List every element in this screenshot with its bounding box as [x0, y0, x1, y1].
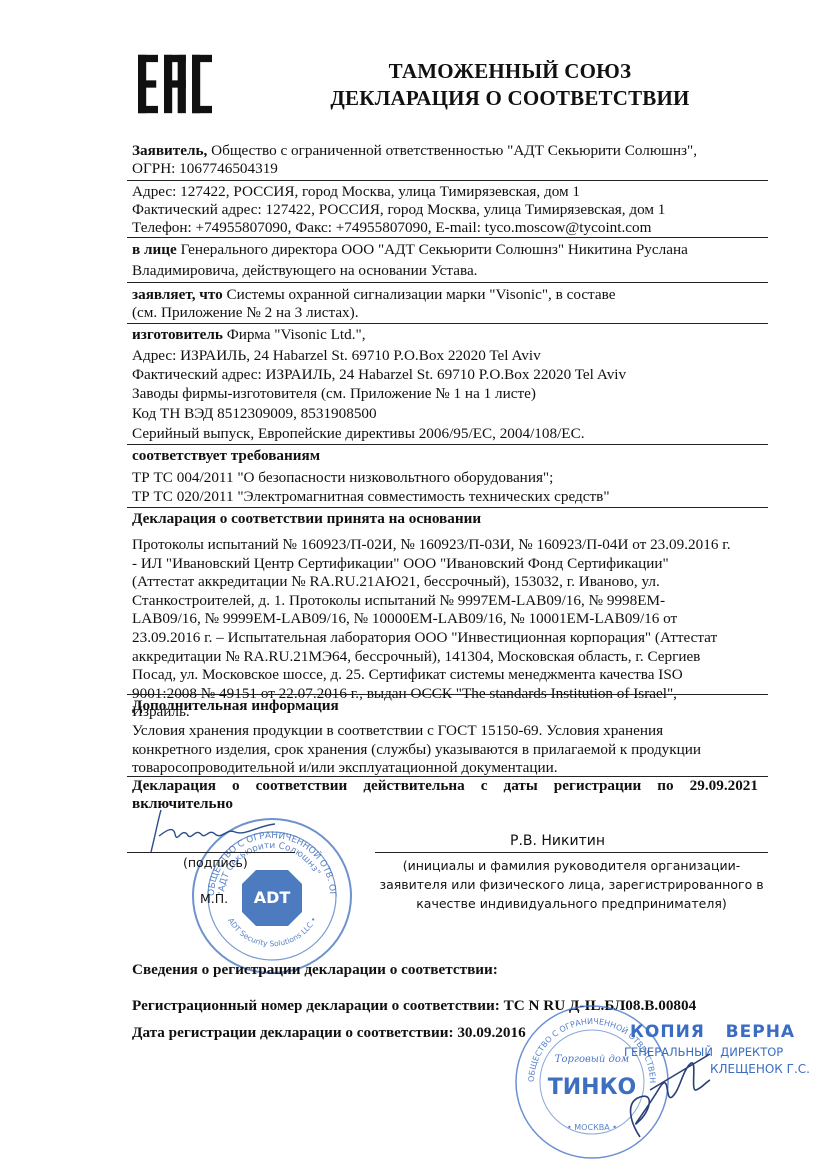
registration-number-label: Регистрационный номер декларации о соотв… [132, 997, 500, 1014]
eac-letter-c-icon [192, 52, 212, 116]
additional-text: Условия хранения продукции в соответстви… [132, 722, 762, 778]
validity-line-1: Декларация о соответствии действительна … [132, 777, 758, 796]
basis-line: LAB09/16, № 9999EM-LAB09/16, № 10000EM-L… [132, 610, 762, 629]
signer-caption-line: качестве индивидуального предпринимателя… [375, 894, 768, 913]
basis-line: Протоколы испытаний № 160923/П-02И, № 16… [132, 536, 762, 555]
applicant-address: Адрес: 127422, РОССИЯ, город Москва, ули… [132, 183, 580, 201]
copy-stamp-text: ДИРЕКТОР [720, 1045, 783, 1059]
document-title: ТАМОЖЕННЫЙ СОЮЗ ДЕКЛАРАЦИЯ О СООТВЕТСТВИ… [300, 58, 720, 112]
applicant-ogrn: ОГРН: 1067746504319 [132, 160, 278, 178]
signer-line [375, 852, 768, 853]
divider [127, 507, 768, 508]
manufacturer-address: Адрес: ИЗРАИЛЬ, 24 Habarzel St. 69710 P.… [132, 347, 541, 365]
manufacturer-name: Фирма "Visonic Ltd.", [223, 326, 366, 343]
applicant-actual-address: Фактический адрес: 127422, РОССИЯ, город… [132, 201, 665, 219]
declares-line-1: заявляет, что Системы охранной сигнализа… [132, 286, 615, 304]
signature-caption: (подпись) [183, 855, 248, 870]
additional-line: конкретного изделия, срок хранения (служ… [132, 741, 762, 760]
divider [127, 180, 768, 181]
signer-name: Р.В. Никитин [510, 833, 605, 849]
registration-date-label: Дата регистрации декларации о соответств… [132, 1024, 454, 1041]
declares-text: Системы охранной сигнализации марки "Vis… [223, 286, 616, 303]
eac-letter-e-icon [138, 52, 158, 116]
certifier-signature-icon [610, 1042, 720, 1152]
signature-line [127, 852, 295, 853]
basis-line: аккредитации № RA.RU.21МЭ64, бессрочный)… [132, 648, 762, 667]
copy-stamp-name: КЛЕЩЕНОК Г.С. [710, 1062, 810, 1076]
applicant-contacts: Телефон: +74955807090, Факс: +7495580709… [132, 219, 651, 237]
requirement-item: ТР ТС 004/2011 "О безопасности низковоль… [132, 469, 553, 487]
signer-caption-line: (инициалы и фамилия руководителя организ… [375, 856, 768, 875]
represented-line-2: Владимировича, действующего на основании… [132, 262, 477, 280]
manufacturer-actual-address: Фактический адрес: ИЗРАИЛЬ, 24 Habarzel … [132, 366, 626, 384]
divider [127, 237, 768, 238]
additional-line: товаросопроводительной и/или эксплуатаци… [132, 759, 762, 778]
additional-label: Дополнительная информация [132, 697, 339, 715]
copy-verified-stamp: КОПИЯ ВЕРНА [630, 1022, 795, 1042]
manufacturer-tn-ved: Код ТН ВЭД 8512309009, 8531908500 [132, 405, 377, 423]
seal-caption: М.П. [200, 891, 228, 906]
basis-line: Посад, ул. Московское шоссе, д. 25. Серт… [132, 666, 762, 685]
registration-heading: Сведения о регистрации декларации о соот… [132, 961, 498, 979]
title-line-2: ДЕКЛАРАЦИЯ О СООТВЕТСТВИИ [300, 85, 720, 112]
applicant-name: Общество с ограниченной ответственностью… [207, 142, 697, 159]
represented-line-1: в лице Генерального директора ООО "АДТ С… [132, 241, 688, 259]
eac-letter-a-icon [164, 52, 186, 116]
declares-label: заявляет, что [132, 286, 223, 303]
copy-stamp-text: ВЕРНА [726, 1022, 795, 1042]
registration-date: Дата регистрации декларации о соответств… [132, 1024, 526, 1042]
applicant-label: Заявитель, [132, 142, 207, 159]
manufacturer-serial: Серийный выпуск, Европейские директивы 2… [132, 425, 585, 443]
title-line-1: ТАМОЖЕННЫЙ СОЮЗ [300, 58, 720, 85]
manufacturer-line: изготовитель Фирма "Visonic Ltd.", [132, 326, 366, 344]
manufacturer-plants: Заводы фирмы-изготовителя (см. Приложени… [132, 385, 536, 403]
signer-caption-line: заявителя или физического лица, зарегист… [375, 875, 768, 894]
basis-line: - ИЛ "Ивановский Центр Сертификации" ООО… [132, 555, 762, 574]
applicant-line: Заявитель, Общество с ограниченной ответ… [132, 142, 697, 160]
represented-text: Генерального директора ООО "АДТ Секьюрит… [177, 241, 688, 258]
divider [127, 323, 768, 324]
declares-line-2: (см. Приложение № 2 на 3 листах). [132, 304, 359, 322]
basis-label: Декларация о соответствии принята на осн… [132, 510, 481, 528]
additional-line: Условия хранения продукции в соответстви… [132, 722, 762, 741]
requirement-item: ТР ТС 020/2011 "Электромагнитная совмест… [132, 488, 610, 506]
copy-stamp-text: КОПИЯ [630, 1022, 705, 1042]
divider [127, 282, 768, 283]
eac-logo [138, 52, 212, 116]
basis-line: 23.09.2016 г. – Испытательная лаборатори… [132, 629, 762, 648]
requirements-label: соответствует требованиям [132, 447, 320, 465]
represented-label: в лице [132, 241, 177, 258]
basis-line: Станкостроителей, д. 1. Протоколы испыта… [132, 592, 762, 611]
manufacturer-label: изготовитель [132, 326, 223, 343]
applicant-signature-icon [145, 806, 295, 856]
signer-caption: (инициалы и фамилия руководителя организ… [375, 856, 768, 913]
divider [127, 694, 768, 695]
svg-text:ADT: ADT [254, 888, 291, 907]
divider [127, 444, 768, 445]
basis-line: (Аттестат аккредитации № RA.RU.21АЮ21, б… [132, 573, 762, 592]
